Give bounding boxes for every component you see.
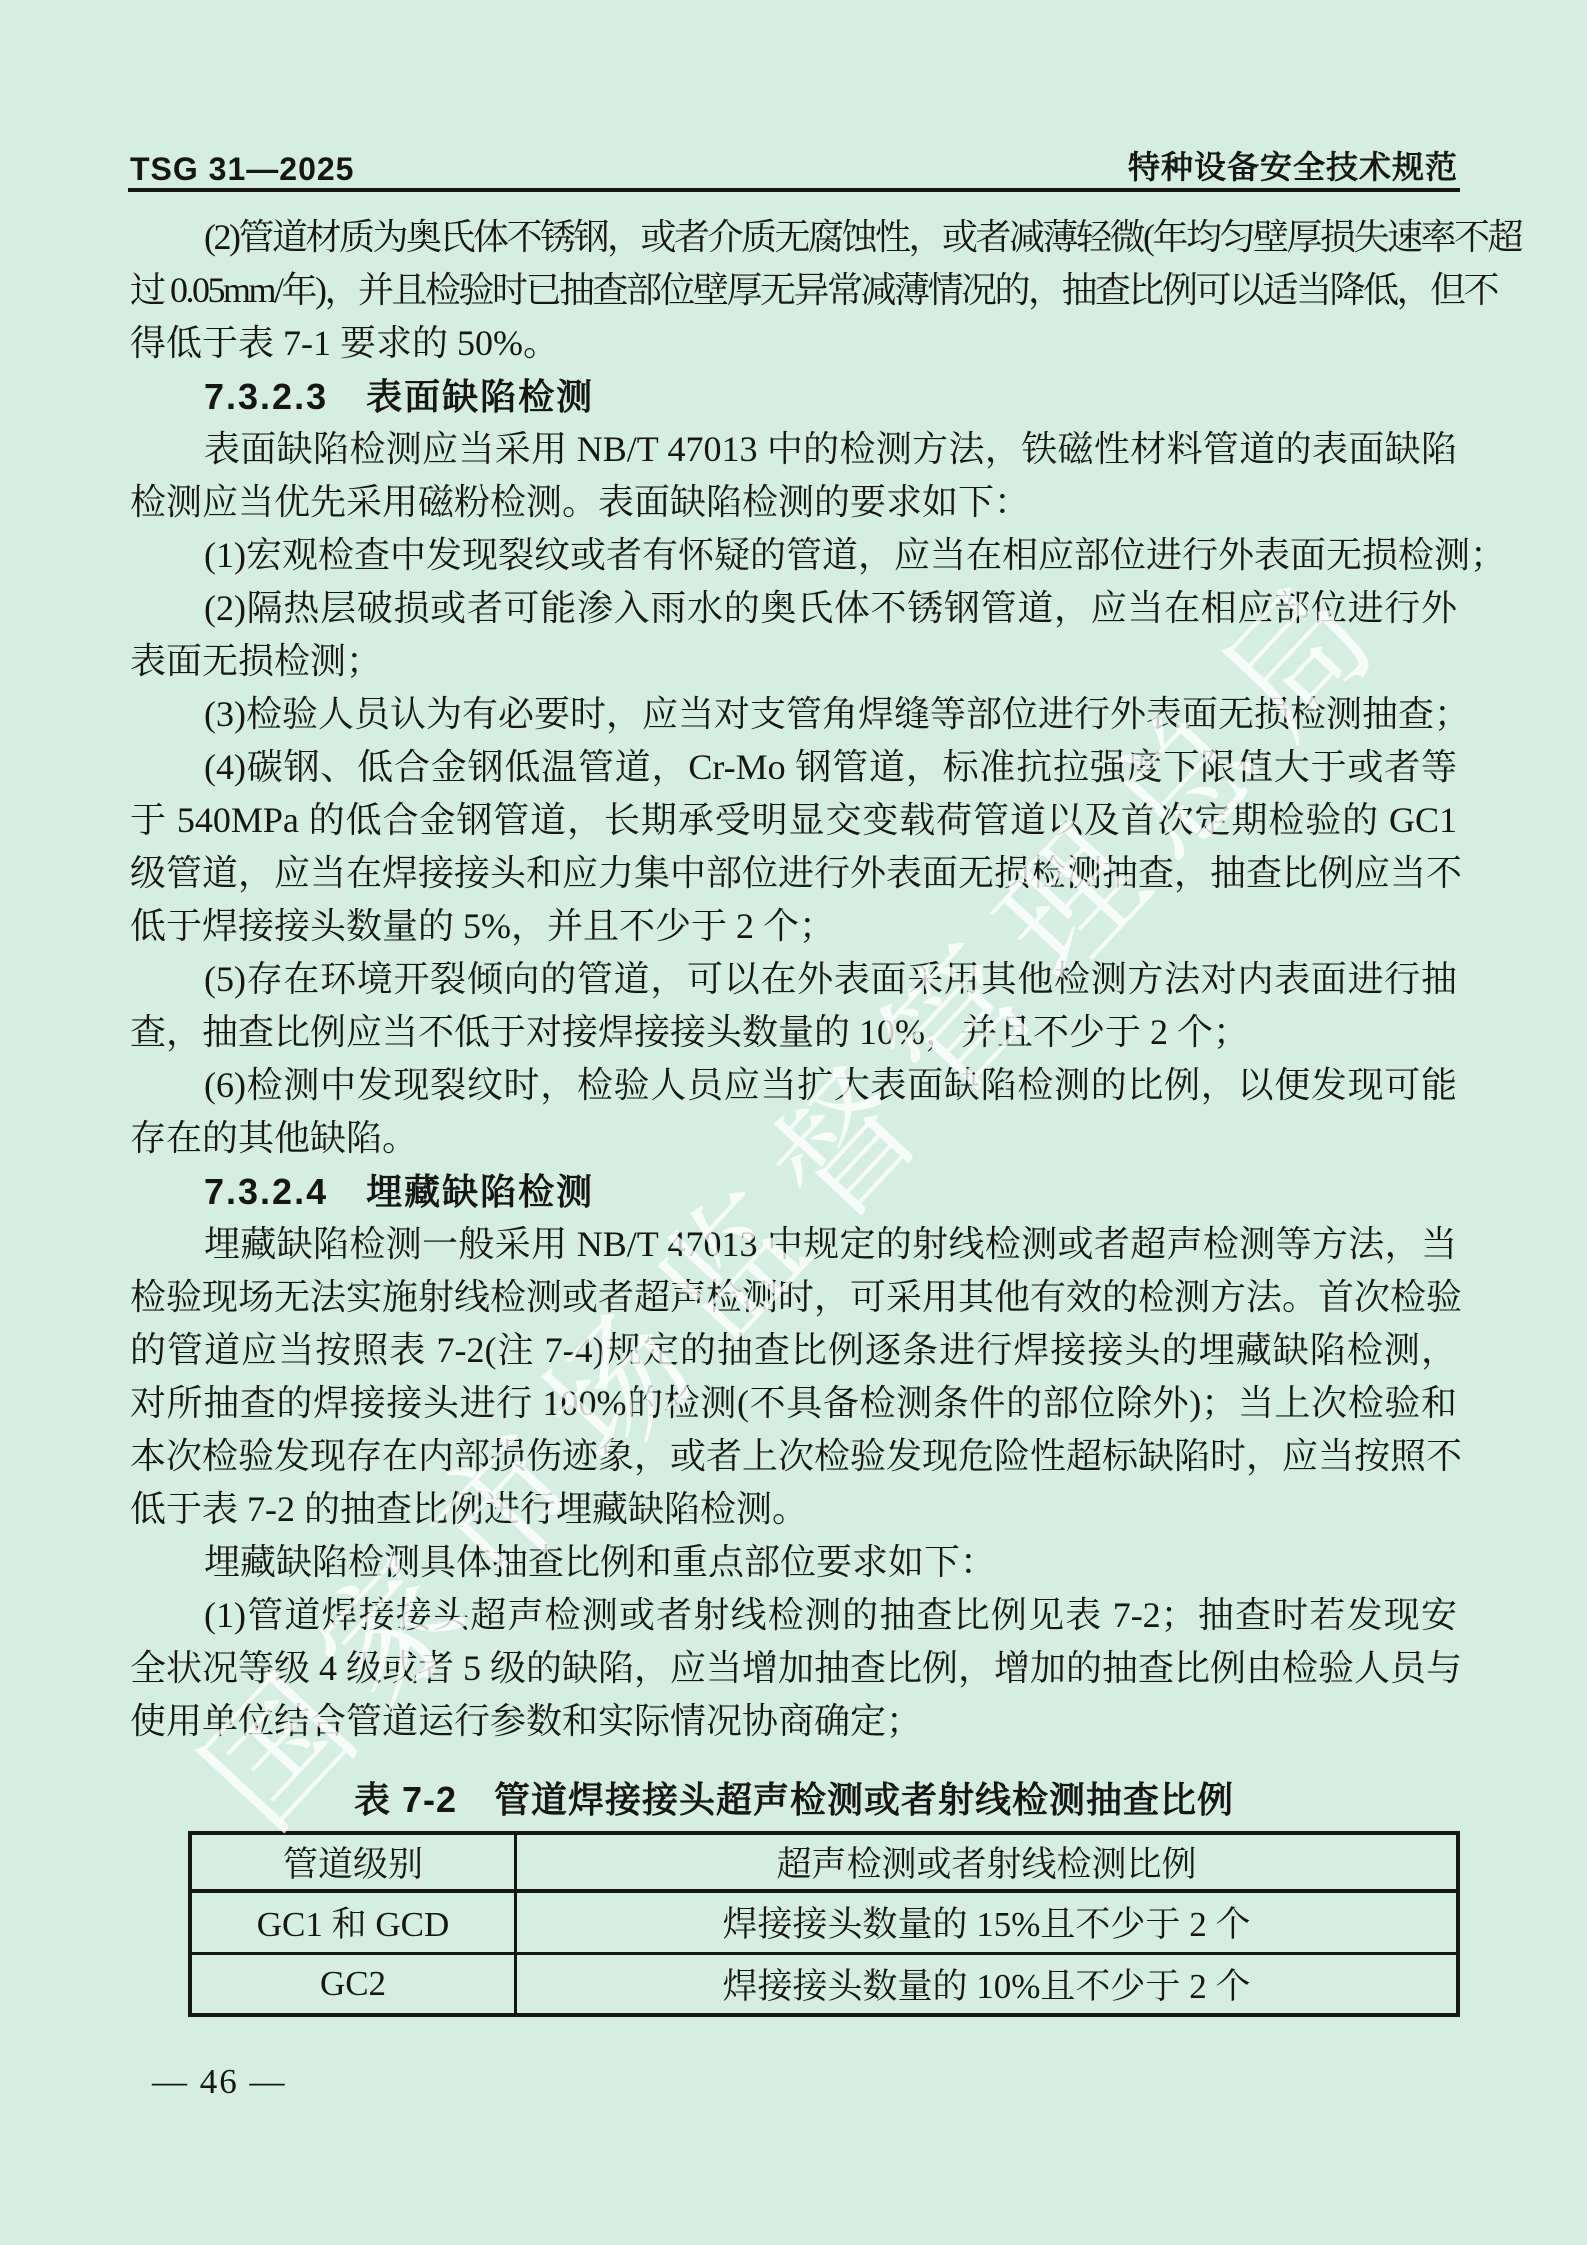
- body-line: (2)隔热层破损或者可能渗入雨水的奥氏体不锈钢管道，应当在相应部位进行外: [130, 582, 1457, 635]
- body-line: (2)管道材质为奥氏体不锈钢，或者介质无腐蚀性，或者减薄轻微(年均匀壁厚损失速率…: [130, 211, 1457, 264]
- table-caption: 表 7-2 管道焊接接头超声检测或者射线检测抽查比例: [130, 1772, 1458, 1823]
- cell-pipe-grade: GC1 和 GCD: [190, 1891, 516, 1953]
- body-line: 埋藏缺陷检测一般采用 NB/T 47013 中规定的射线检测或者超声检测等方法，…: [130, 1218, 1457, 1271]
- body-line: (4)碳钢、低合金钢低温管道，Cr-Mo 钢管道，标准抗拉强度下限值大于或者等: [130, 741, 1457, 794]
- body-line: 查，抽查比例应当不低于对接焊接接头数量的 10%，并且不少于 2 个；: [130, 1006, 1457, 1059]
- body-line: 于 540MPa 的低合金钢管道，长期承受明显交变载荷管道以及首次定期检验的 G…: [130, 794, 1457, 847]
- body-line: 的管道应当按照表 7-2(注 7-4)规定的抽查比例逐条进行焊接接头的埋藏缺陷检…: [130, 1324, 1457, 1377]
- table-head: 管道级别 超声检测或者射线检测比例: [190, 1833, 1458, 1891]
- cell-ratio: 焊接接头数量的 15%且不少于 2 个: [516, 1891, 1459, 1953]
- body-line: 埋藏缺陷检测具体抽查比例和重点部位要求如下：: [130, 1536, 1457, 1589]
- body-line: 表面缺陷检测应当采用 NB/T 47013 中的检测方法，铁磁性材料管道的表面缺…: [130, 423, 1457, 476]
- section-heading: 7.3.2.4 埋藏缺陷检测: [130, 1165, 1457, 1218]
- header-rule: [128, 188, 1460, 192]
- table-row: GC1 和 GCD焊接接头数量的 15%且不少于 2 个: [190, 1891, 1458, 1953]
- body-line: 检测应当优先采用磁粉检测。表面缺陷检测的要求如下：: [130, 476, 1457, 529]
- body-line: (5)存在环境开裂倾向的管道，可以在外表面采用其他检测方法对内表面进行抽: [130, 953, 1457, 1006]
- cell-ratio: 焊接接头数量的 10%且不少于 2 个: [516, 1953, 1459, 2015]
- body-line: 低于表 7-2 的抽查比例进行埋藏缺陷检测。: [130, 1483, 1457, 1536]
- table-header-row: 管道级别 超声检测或者射线检测比例: [190, 1833, 1458, 1891]
- table-col-header-ratio: 超声检测或者射线检测比例: [516, 1833, 1459, 1891]
- body-line: 表面无损检测；: [130, 635, 1457, 688]
- body-line: 得低于表 7-1 要求的 50%。: [130, 317, 1457, 370]
- table-row: GC2焊接接头数量的 10%且不少于 2 个: [190, 1953, 1458, 2015]
- body-line: 过 0.05mm/年)，并且检验时已抽查部位壁厚无异常减薄情况的，抽查比例可以适…: [130, 264, 1457, 317]
- body-line: 级管道，应当在焊接接头和应力集中部位进行外表面无损检测抽查，抽查比例应当不: [130, 847, 1457, 900]
- header-doc-type: 特种设备安全技术规范: [1128, 142, 1458, 188]
- page-number: — 46 —: [152, 2062, 287, 2102]
- body-line: (3)检验人员认为有必要时，应当对支管角焊缝等部位进行外表面无损检测抽查；: [130, 688, 1457, 741]
- body-line: (1)管道焊接接头超声检测或者射线检测的抽查比例见表 7-2；抽查时若发现安: [130, 1589, 1457, 1642]
- body-line: 使用单位结合管道运行参数和实际情况协商确定；: [130, 1695, 1457, 1748]
- body-line: (6)检测中发现裂纹时，检验人员应当扩大表面缺陷检测的比例，以便发现可能: [130, 1059, 1457, 1112]
- document-page: TSG 31—2025 特种设备安全技术规范 (2)管道材质为奥氏体不锈钢，或者…: [0, 0, 1587, 2245]
- body-lines: (2)管道材质为奥氏体不锈钢，或者介质无腐蚀性，或者减薄轻微(年均匀壁厚损失速率…: [130, 211, 1457, 1748]
- body-line: 全状况等级 4 级或者 5 级的缺陷，应当增加抽查比例，增加的抽查比例由检验人员…: [130, 1642, 1457, 1695]
- body-line: 检验现场无法实施射线检测或者超声检测时，可采用其他有效的检测方法。首次检验: [130, 1271, 1457, 1324]
- body-line: 本次检验发现存在内部损伤迹象，或者上次检验发现危险性超标缺陷时，应当按照不: [130, 1430, 1457, 1483]
- table-body: GC1 和 GCD焊接接头数量的 15%且不少于 2 个GC2焊接接头数量的 1…: [190, 1891, 1458, 2015]
- table-col-header-pipe-grade: 管道级别: [190, 1833, 516, 1891]
- body-line: 低于焊接接头数量的 5%，并且不少于 2 个；: [130, 900, 1457, 953]
- body-line: 存在的其他缺陷。: [130, 1112, 1457, 1165]
- section-heading: 7.3.2.3 表面缺陷检测: [130, 370, 1457, 423]
- body-line: (1)宏观检查中发现裂纹或者有怀疑的管道，应当在相应部位进行外表面无损检测；: [130, 529, 1457, 582]
- body-line: 对所抽查的焊接接头进行 100%的检测(不具备检测条件的部位除外)；当上次检验和: [130, 1377, 1457, 1430]
- header-doc-code: TSG 31—2025: [130, 151, 354, 188]
- page-header: TSG 31—2025 特种设备安全技术规范: [130, 142, 1458, 188]
- sampling-ratio-table: 管道级别 超声检测或者射线检测比例 GC1 和 GCD焊接接头数量的 15%且不…: [188, 1831, 1460, 2017]
- cell-pipe-grade: GC2: [190, 1953, 516, 2015]
